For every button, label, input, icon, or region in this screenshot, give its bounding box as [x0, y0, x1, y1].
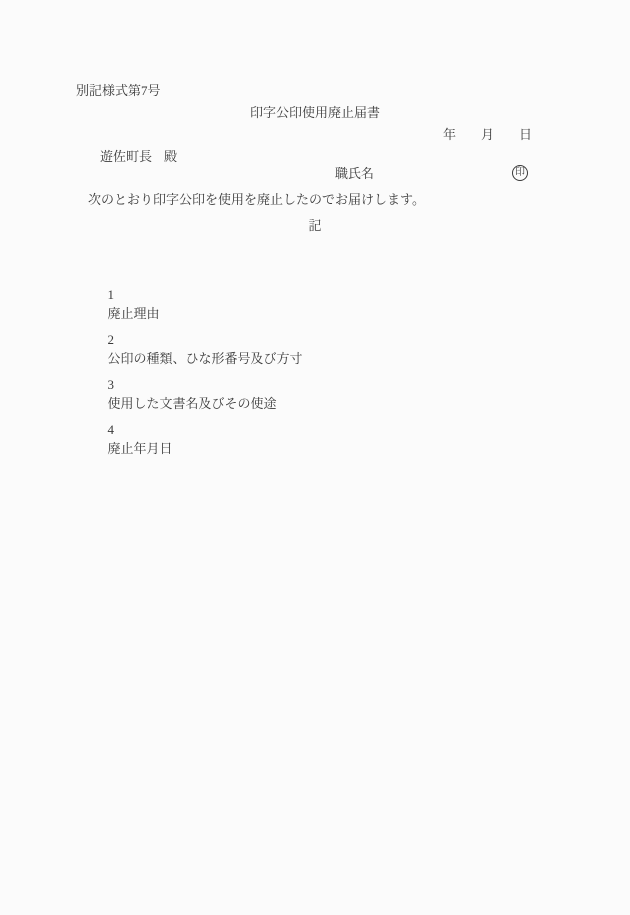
item-number: 4	[108, 420, 125, 439]
form-number: 別記様式第7号	[76, 84, 161, 97]
item-number: 2	[108, 330, 125, 349]
item-label: 公印の種類、ひな形番号及び方寸	[108, 351, 303, 366]
item-label: 廃止理由	[108, 306, 160, 321]
month-label: 月	[481, 128, 494, 141]
item-label: 廃止年月日	[108, 441, 173, 456]
section-marker: 記	[0, 219, 630, 232]
seal-icon: 印	[512, 165, 528, 181]
body-text: 次のとおり印字公印を使用を廃止したのでお届けします。	[88, 193, 425, 206]
item-label: 使用した文書名及びその使途	[108, 396, 277, 411]
signer-label: 職氏名	[335, 167, 374, 180]
item-number: 1	[108, 285, 125, 304]
list-item: 1 廃止理由	[88, 266, 303, 285]
day-label: 日	[519, 128, 532, 141]
item-list: 1 廃止理由 2 公印の種類、ひな形番号及び方寸 3 使用した文書名及びその使途…	[88, 240, 303, 446]
item-number: 3	[108, 375, 125, 394]
page-title: 印字公印使用廃止届書	[0, 106, 630, 119]
addressee-line: 遊佐町長 殿	[100, 150, 177, 163]
year-label: 年	[443, 128, 456, 141]
document-page: 別記様式第7号 印字公印使用廃止届書 年 月 日 遊佐町長 殿 職氏名 印 次の…	[0, 0, 630, 915]
addressee-name: 遊佐町長	[100, 150, 152, 163]
honorific-label: 殿	[164, 150, 177, 163]
date-line: 年 月 日	[443, 128, 532, 141]
